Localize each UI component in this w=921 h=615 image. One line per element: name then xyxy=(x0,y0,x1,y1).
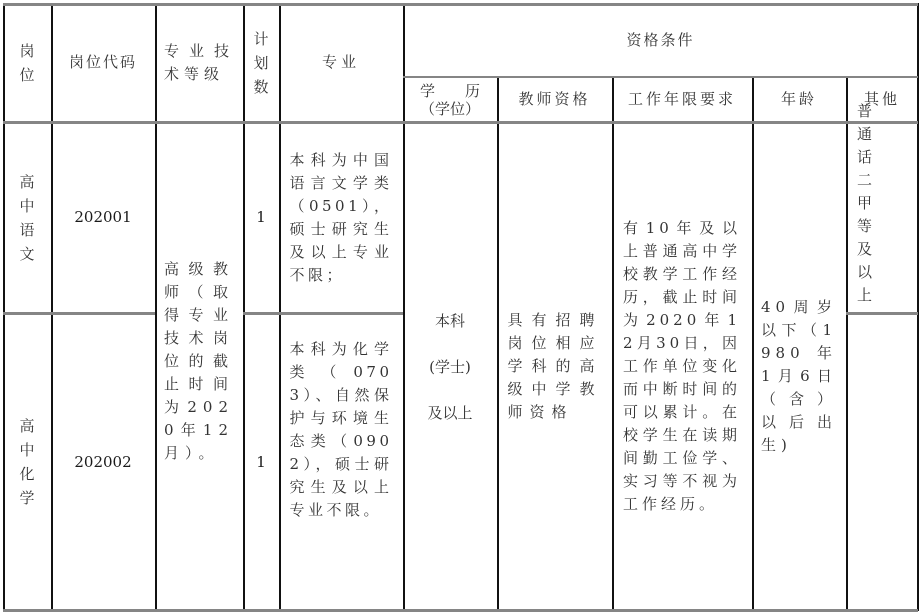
row-1-position-text: 高中语文 xyxy=(18,170,36,266)
header-education: 学 历 （学位） xyxy=(403,77,497,122)
header-tech-level-label: 专业技术等级 xyxy=(164,40,234,86)
row-2-position-text: 高中化学 xyxy=(18,414,36,510)
shared-education-line1: 本科 xyxy=(435,298,465,344)
row-1-other: 普通话二甲等及以上 xyxy=(846,122,918,313)
header-work-years: 工作年限要求 xyxy=(612,77,752,122)
row-2-plan: 1 xyxy=(243,313,279,611)
header-work-years-label: 工作年限要求 xyxy=(628,88,736,111)
header-position-code: 岗位代码 xyxy=(51,3,155,122)
shared-education: 本科 (学士) 及以上 xyxy=(403,122,497,611)
shared-work-years: 有10年及以上普通高中学校教学工作经历，截止时间为2020年12月30日，因工作… xyxy=(612,122,752,611)
shared-tech-level: 高级教师（取得专业技术岗位的截止时间为2020年12月）。 xyxy=(155,122,243,611)
row-2-plan-text: 1 xyxy=(256,451,266,474)
header-tech-level: 专业技术等级 xyxy=(155,3,243,122)
row-2-code: 202002 xyxy=(51,313,155,611)
row-1-other-text: 普通话二甲等及以上 xyxy=(857,100,907,307)
row-2-major-text: 本科为化学类（0703）、自然保护与环境生态类（0902），硕士研究生及以上专业… xyxy=(290,338,393,522)
header-teacher-cert-label: 教师资格 xyxy=(518,88,590,111)
header-qualifications-label: 资格条件 xyxy=(626,29,694,52)
row-1-code: 202001 xyxy=(51,122,155,313)
row-1-code-text: 202001 xyxy=(74,206,131,229)
row-2-major: 本科为化学类（0703）、自然保护与环境生态类（0902），硕士研究生及以上专业… xyxy=(279,313,403,611)
shared-education-line3: 及以上 xyxy=(427,390,472,436)
shared-tech-level-text: 高级教师（取得专业技术岗位的截止时间为2020年12月）。 xyxy=(164,258,234,465)
shared-work-years-text: 有10年及以上普通高中学校教学工作经历，截止时间为2020年12月30日，因工作… xyxy=(623,217,741,516)
shared-teacher-cert-text: 具有招聘岗位相应学科的高级中学教师资格 xyxy=(508,309,602,424)
row-1-plan: 1 xyxy=(243,122,279,313)
shared-age: 40周岁以下（1980年1月6日（含）以后出生) xyxy=(752,122,846,611)
recruitment-table: 岗位 岗位代码 专业技术等级 计划数 专业 资格条件 学 历 （学位） 教师资格… xyxy=(3,3,918,611)
shared-age-text: 40周岁以下（1980年1月6日（含）以后出生) xyxy=(761,296,837,457)
header-qualifications: 资格条件 xyxy=(403,3,918,77)
row-1-major-text: 本科为中国语言文学类（0501），硕士研究生及以上专业不限； xyxy=(290,149,393,287)
header-plan-count: 计划数 xyxy=(243,3,279,122)
row-1-plan-text: 1 xyxy=(256,206,266,229)
row-2-code-text: 202002 xyxy=(74,451,131,474)
header-teacher-cert: 教师资格 xyxy=(497,77,612,122)
header-major-label: 专业 xyxy=(322,51,360,74)
row-1-position: 高中语文 xyxy=(3,122,51,313)
header-age-label: 年龄 xyxy=(781,88,817,111)
header-position: 岗位 xyxy=(3,3,51,122)
header-education-line1: 学 历 xyxy=(420,82,480,100)
header-plan-count-label: 计划数 xyxy=(252,27,270,99)
header-position-label: 岗位 xyxy=(18,39,36,87)
row-2-other xyxy=(846,313,918,611)
header-education-line2: （学位） xyxy=(420,100,480,118)
header-major: 专业 xyxy=(279,3,403,122)
row-1-major: 本科为中国语言文学类（0501），硕士研究生及以上专业不限； xyxy=(279,122,403,313)
shared-teacher-cert: 具有招聘岗位相应学科的高级中学教师资格 xyxy=(497,122,612,611)
header-position-code-label: 岗位代码 xyxy=(69,51,137,74)
row-2-position: 高中化学 xyxy=(3,313,51,611)
header-age: 年龄 xyxy=(752,77,846,122)
shared-education-line2: (学士) xyxy=(429,344,471,390)
